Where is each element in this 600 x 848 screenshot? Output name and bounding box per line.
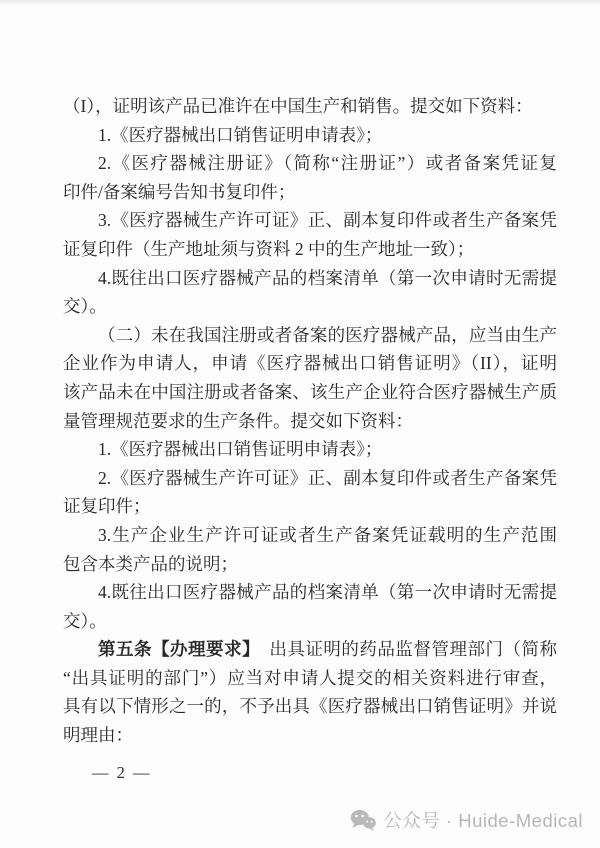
document-line-text: 证复印件； (63, 496, 151, 516)
document-line-text: 2.《医疗器械生产许可证》正、副本复印件或者生产备案凭 (98, 468, 557, 488)
document-line-text: 4.既往出口医疗器械产品的档案清单（第一次申请时无需提 (98, 582, 557, 602)
wechat-icon (350, 809, 376, 831)
document-line: 量管理规范要求的生产条件。提交如下资料： (63, 407, 557, 436)
document-line: （二）未在我国注册或者备案的医疗器械产品，应当由生产 (63, 321, 557, 350)
document-line-text: 交）。 (63, 296, 107, 316)
document-line-text: （I），证明该产品已准许在中国生产和销售。提交如下资料： (63, 96, 533, 116)
document-line-text: “出具证明的部门”）应当对申请人提交的相关资料进行审查， (63, 668, 557, 688)
document-line-text: 3.生产企业生产许可证或者生产备案凭证载明的生产范围 (98, 525, 557, 545)
document-line: 4.既往出口医疗器械产品的档案清单（第一次申请时无需提 (63, 264, 557, 293)
document-line: 具有以下情形之一的，不予出具《医疗器械出口销售证明》并说 (63, 692, 557, 721)
document-line-text: 1.《医疗器械出口销售证明申请表》； (98, 125, 382, 145)
watermark-text: 公众号 · Huide-Medical (383, 807, 583, 833)
document-line: 该产品未在中国注册或者备案、该生产企业符合医疗器械生产质 (63, 378, 557, 407)
document-line: 1.《医疗器械出口销售证明申请表》； (63, 435, 557, 464)
document-line: 证复印件； (63, 492, 557, 521)
watermark: 公众号 · Huide-Medical (350, 807, 583, 833)
document-line-text: 2.《医疗器械注册证》（简称“注册证”）或者备案凭证复 (98, 153, 557, 173)
document-line: 印件/备案编号告知书复印件； (63, 178, 557, 207)
document-line: 3.《医疗器械生产许可证》正、副本复印件或者生产备案凭 (63, 206, 557, 235)
document-line: （I），证明该产品已准许在中国生产和销售。提交如下资料： (63, 92, 557, 121)
document-line: 明理由： (63, 721, 557, 750)
document-line: 1.《医疗器械出口销售证明申请表》； (63, 121, 557, 150)
document-line-text: 证复印件（生产地址须与资料 2 中的生产地址一致）； (63, 239, 474, 259)
document-line: 3.生产企业生产许可证或者生产备案凭证载明的生产范围 (63, 521, 557, 550)
document-line: 包含本类产品的说明； (63, 550, 557, 579)
document-line-text: （二）未在我国注册或者备案的医疗器械产品，应当由生产 (98, 325, 557, 345)
document-line: 2.《医疗器械生产许可证》正、副本复印件或者生产备案凭 (63, 464, 557, 493)
document-line: 交）。 (63, 607, 557, 636)
document-line: 2.《医疗器械注册证》（简称“注册证”）或者备案凭证复 (63, 149, 557, 178)
document-line-text: 包含本类产品的说明； (63, 554, 238, 574)
document-line: 企业作为申请人，申请《医疗器械出口销售证明》（II），证明 (63, 349, 557, 378)
document-body: （I），证明该产品已准许在中国生产和销售。提交如下资料：1.《医疗器械出口销售证… (63, 92, 557, 750)
document-line: 第五条【办理要求】 出具证明的药品监督管理部门（简称 (63, 635, 557, 664)
page-number: — 2 — (92, 763, 152, 783)
document-line-text: 该产品未在中国注册或者备案、该生产企业符合医疗器械生产质 (63, 382, 557, 402)
document-line: 交）。 (63, 292, 557, 321)
document-line-text: 1.《医疗器械出口销售证明申请表》； (98, 439, 382, 459)
document-line-bold-text: 第五条【办理要求】 (98, 639, 251, 659)
document-line-text: 交）。 (63, 611, 107, 631)
document-line-text: 具有以下情形之一的，不予出具《医疗器械出口销售证明》并说 (63, 696, 557, 716)
document-line-text: 明理由： (63, 725, 133, 745)
document-line-text: 量管理规范要求的生产条件。提交如下资料： (63, 411, 413, 431)
document-line-text: 企业作为申请人，申请《医疗器械出口销售证明》（II），证明 (63, 353, 557, 373)
document-line-text: 印件/备案编号告知书复印件； (63, 182, 295, 202)
document-line-text: 出具证明的药品监督管理部门（简称 (251, 639, 557, 659)
document-line-text: 3.《医疗器械生产许可证》正、副本复印件或者生产备案凭 (98, 210, 557, 230)
document-line: 证复印件（生产地址须与资料 2 中的生产地址一致）； (63, 235, 557, 264)
document-line-text: 4.既往出口医疗器械产品的档案清单（第一次申请时无需提 (98, 268, 557, 288)
document-line: 4.既往出口医疗器械产品的档案清单（第一次申请时无需提 (63, 578, 557, 607)
scan-top-edge (0, 0, 600, 5)
document-line: “出具证明的部门”）应当对申请人提交的相关资料进行审查， (63, 664, 557, 693)
